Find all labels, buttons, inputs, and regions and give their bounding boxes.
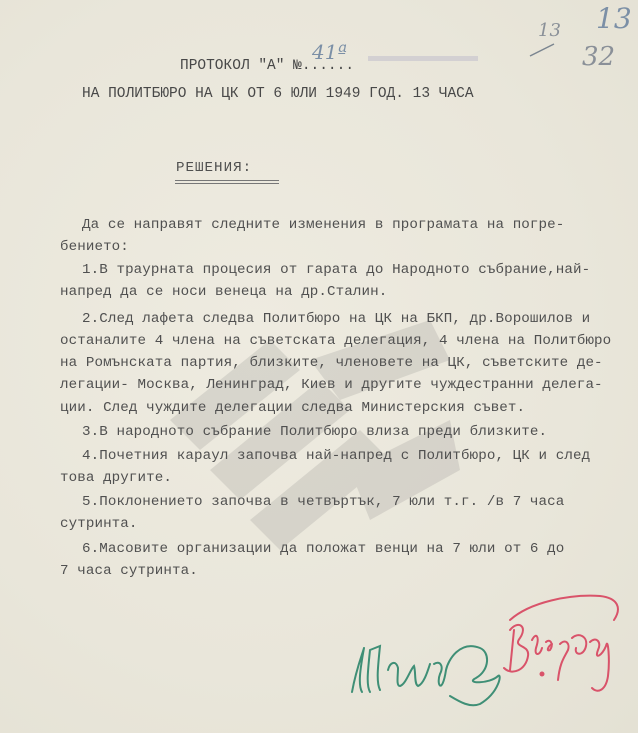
heading-underline (175, 180, 279, 184)
body-line: 3.В народното събрание Политбюро влиза п… (82, 424, 547, 440)
fraction-slash-icon (528, 40, 558, 60)
handwritten-protocol-number: 41ª (312, 40, 347, 64)
body-line: Да се направят следните изменения в прог… (82, 217, 564, 233)
margin-page-number-bottom: 32 (582, 42, 615, 72)
body-line: 6.Масовите организации да положат венци … (82, 541, 564, 557)
body-line: 5.Поклонението започва в четвъртък, 7 юл… (82, 494, 564, 510)
margin-page-number-top: 13 (596, 2, 632, 35)
body-line: на Ромънската партия, близките, членовет… (60, 355, 603, 371)
section-heading: РЕШЕНИЯ: (176, 160, 252, 176)
redacted-stamp (368, 56, 478, 61)
red-signature-icon (490, 590, 638, 710)
body-line: 2.След лафета следва Политбюро на ЦК на … (82, 311, 590, 327)
body-line: сутринта. (60, 516, 138, 532)
body-line: ции. След чуждите делегации следва Минис… (60, 400, 525, 416)
protocol-subtitle: НА ПОЛИТБЮРО НА ЦК ОТ 6 ЮЛИ 1949 ГОД. 13… (82, 86, 474, 102)
body-line: бението: (60, 239, 129, 255)
body-line: легации- Москва, Ленинград, Киев и други… (60, 377, 603, 393)
body-line: 4.Почетния караул започва най-напред с П… (82, 448, 590, 464)
body-line: това другите. (60, 470, 172, 486)
body-line: 1.В траурната процесия от гарата до Наро… (82, 262, 590, 278)
body-line: напред да се носи венеца на др.Сталин. (60, 284, 387, 300)
margin-fraction-number: 13 (538, 20, 561, 41)
body-line: 7 часа сутринта. (60, 563, 198, 579)
body-line: останалите 4 члена на съветската делегац… (60, 333, 611, 349)
document-page: ПРОТОКОЛ "А" №...... 41ª НА ПОЛИТБЮРО НА… (0, 0, 638, 733)
